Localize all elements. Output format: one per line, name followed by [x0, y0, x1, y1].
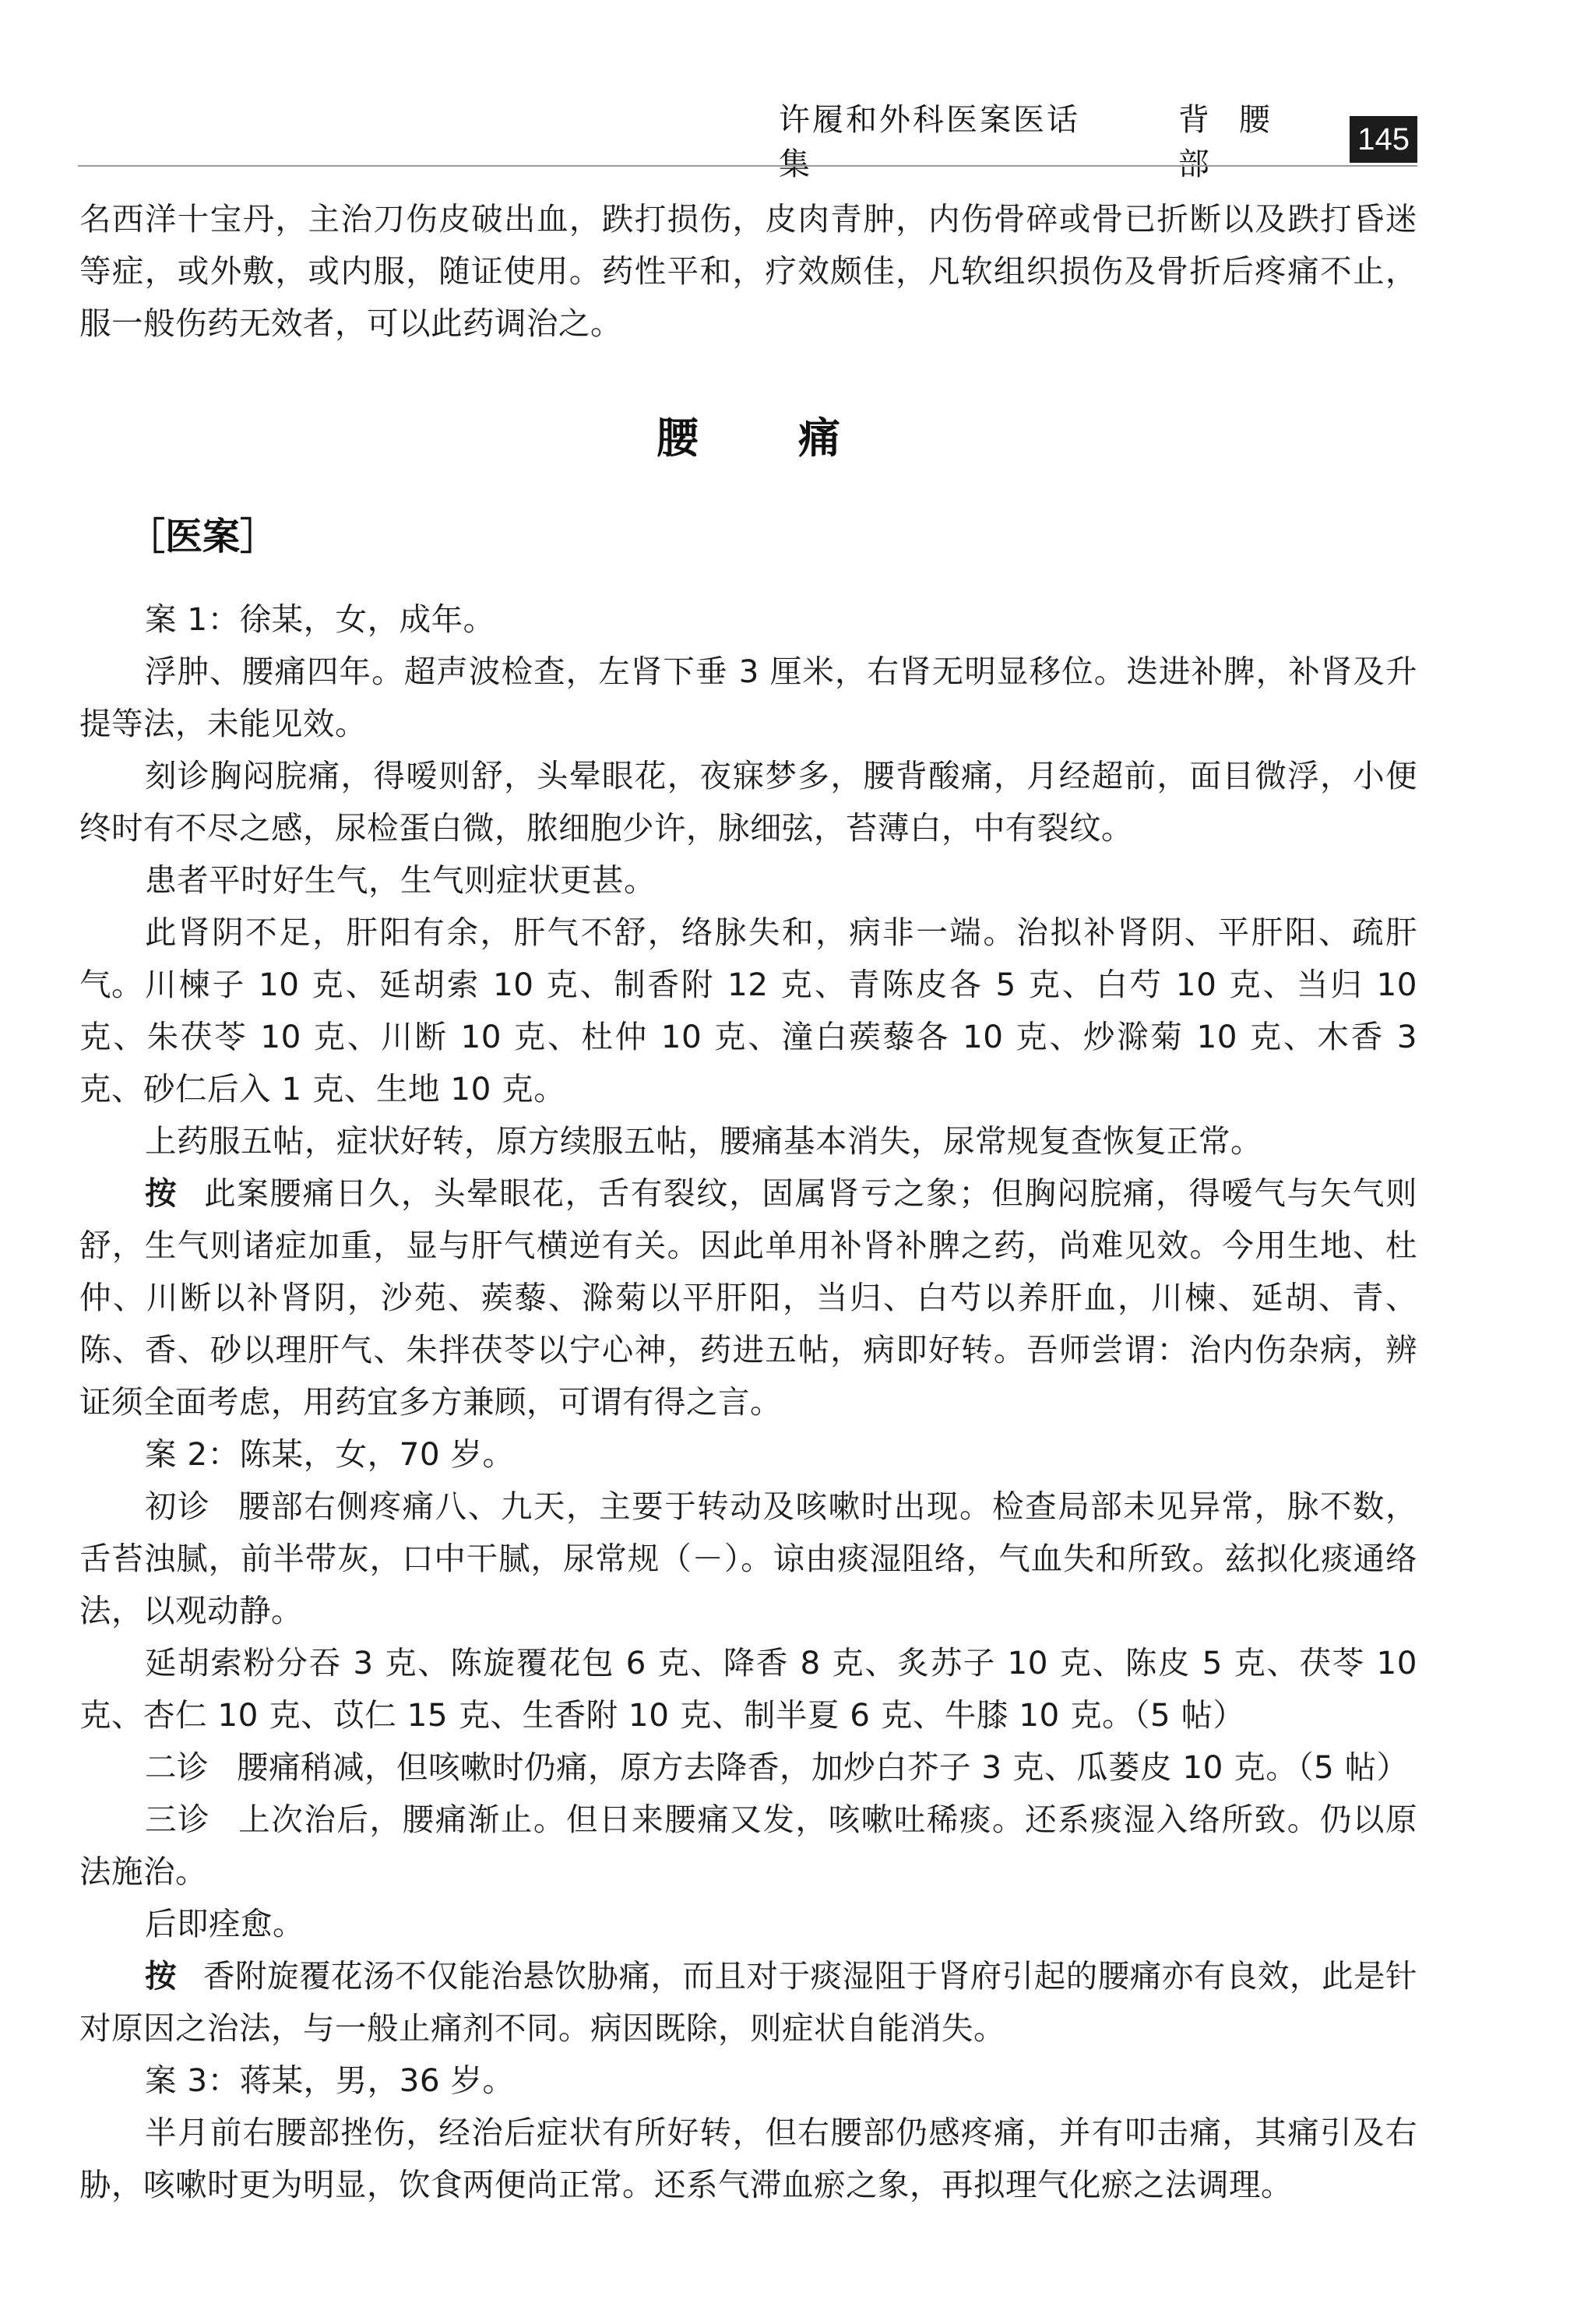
- section-char: 部: [1178, 146, 1209, 182]
- commentary: 按香附旋覆花汤不仅能治悬饮胁痛，而且对于痰湿阻于肾府引起的腰痛亦有良效，此是针对…: [79, 1950, 1417, 2055]
- case-paragraph: 患者平时好生气，生气则症状更甚。: [79, 854, 1417, 907]
- case-heading: 案 1：徐某，女，成年。: [79, 593, 1417, 646]
- commentary: 按此案腰痛日久，头晕眼花，舌有裂纹，固属肾亏之象；但胸闷脘痛，得嗳气与矢气则舒，…: [79, 1167, 1417, 1428]
- case-paragraph: 浮肿、腰痛四年。超声波检查，左肾下垂 3 厘米，右肾无明显移位。迭进补脾，补肾及…: [79, 646, 1417, 750]
- visit-note: 初诊腰部右侧疼痛八、九天，主要于转动及咳嗽时出现。检查局部未见异常，脉不数，舌苔…: [79, 1481, 1417, 1637]
- prescription: 延胡索粉分吞 3 克、陈旋覆花包 6 克、降香 8 克、炙苏子 10 克、陈皮 …: [79, 1637, 1417, 1741]
- visit-text: 腰部右侧疼痛八、九天，主要于转动及咳嗽时出现。检查局部未见异常，脉不数，舌苔浊腻…: [79, 1488, 1417, 1629]
- title-char: 痛: [798, 414, 840, 463]
- section-char: 背: [1178, 102, 1209, 138]
- page-number: 145: [1350, 116, 1417, 163]
- commentary-text: 此案腰痛日久，头晕眼花，舌有裂纹，固属肾亏之象；但胸闷脘痛，得嗳气与矢气则舒，生…: [79, 1174, 1417, 1421]
- case-heading: 案 3：蒋某，男，36 岁。: [79, 2055, 1417, 2107]
- prescription: 川楝子 10 克、延胡索 10 克、制香附 12 克、青陈皮各 5 克、白芍 1…: [79, 959, 1417, 1115]
- case-result: 上药服五帖，症状好转，原方续服五帖，腰痛基本消失，尿常规复查恢复正常。: [79, 1115, 1417, 1167]
- header-divider: [78, 165, 1417, 167]
- section-char: 腰: [1239, 102, 1270, 138]
- case-outcome: 后即痊愈。: [79, 1898, 1417, 1950]
- commentary-label: 按: [145, 1174, 178, 1212]
- visit-text: 上次治后，腰痛渐止。但日来腰痛又发，咳嗽吐稀痰。还系痰湿入络所致。仍以原法施治。: [79, 1801, 1417, 1890]
- title-char: 腰: [657, 414, 699, 463]
- book-title: 许履和外科医案医话集: [779, 95, 1111, 184]
- visit-label: 初诊: [145, 1488, 210, 1525]
- visit-note: 二诊腰痛稍减，但咳嗽时仍痛，原方去降香，加炒白芥子 3 克、瓜蒌皮 10 克。（…: [79, 1741, 1417, 1794]
- subsection-title: ［医案］: [128, 506, 277, 560]
- commentary-text: 香附旋覆花汤不仅能治悬饮胁痛，而且对于痰湿阻于肾府引起的腰痛亦有良效，此是针对原…: [79, 1957, 1417, 2047]
- intro-paragraph: 名西洋十宝丹，主治刀伤皮破出血，跌打损伤，皮肉青肿，内伤骨碎或骨已折断以及跌打昏…: [79, 193, 1417, 350]
- visit-text: 腰痛稍减，但咳嗽时仍痛，原方去降香，加炒白芥子 3 克、瓜蒌皮 10 克。（5 …: [237, 1748, 1409, 1786]
- section-title: 腰痛: [79, 405, 1417, 465]
- visit-label: 三诊: [145, 1801, 210, 1838]
- case-heading: 案 2：陈某，女，70 岁。: [79, 1428, 1417, 1481]
- running-header: 许履和外科医案医话集 背腰部 145: [779, 115, 1417, 164]
- visit-note: 三诊上次治后，腰痛渐止。但日来腰痛又发，咳嗽吐稀痰。还系痰湿入络所致。仍以原法施…: [79, 1794, 1417, 1898]
- visit-label: 二诊: [145, 1748, 209, 1786]
- case-paragraph: 半月前右腰部挫伤，经治后症状有所好转，但右腰部仍感疼痛，并有叩击痛，其痛引及右胁…: [79, 2107, 1417, 2211]
- commentary-label: 按: [145, 1957, 177, 1995]
- case-paragraph: 刻诊胸闷脘痛，得嗳则舒，头晕眼花，夜寐梦多，腰背酸痛，月经超前，面目微浮，小便终…: [79, 750, 1417, 854]
- section-name: 背腰部: [1149, 95, 1329, 184]
